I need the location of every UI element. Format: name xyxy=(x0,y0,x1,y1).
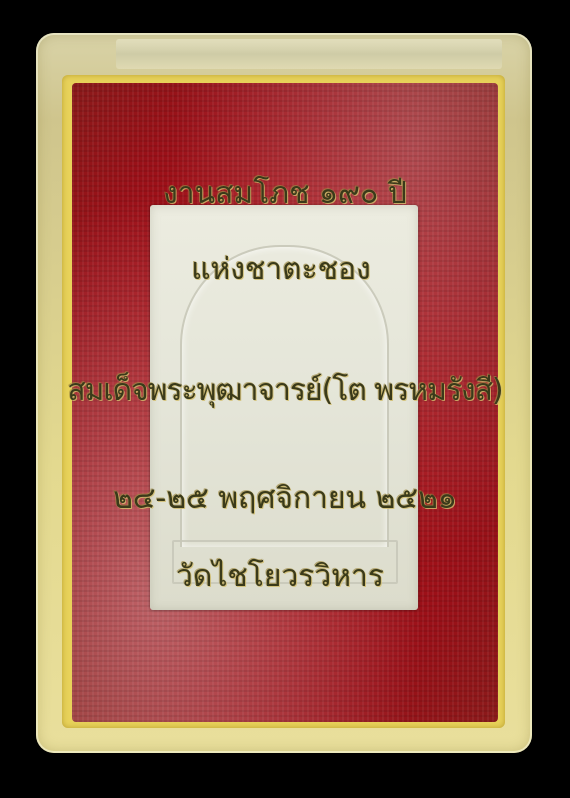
inscription-line-name: สมเด็จพระพุฒาจารย์(โต พรหมรังสี) xyxy=(0,367,570,414)
inscription-line-temple: วัดไชโยวรวิหาร xyxy=(0,553,570,600)
inscription-line-celebration: งานสมโภช ๑๙๐ ปี xyxy=(0,170,570,217)
inscription-line-birth: แห่งชาตะชอง xyxy=(0,246,570,293)
inscription-line-date: ๒๔-๒๕ พฤศจิกายน ๒๕๒๑ xyxy=(0,475,570,522)
